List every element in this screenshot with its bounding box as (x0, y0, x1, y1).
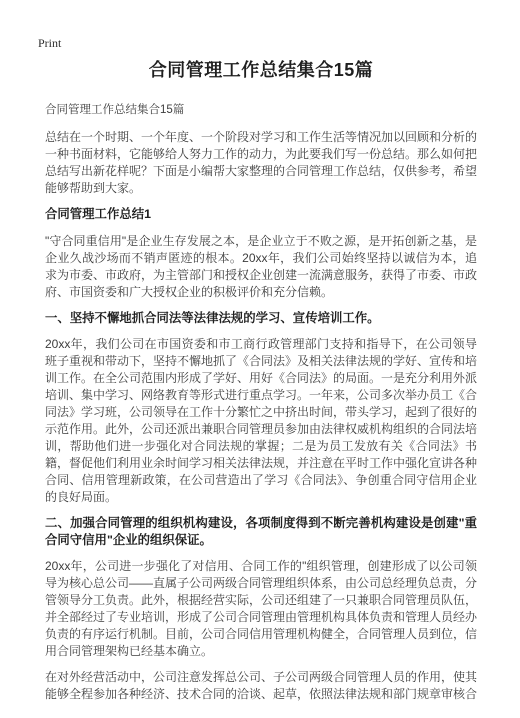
document-body: 合同管理工作总结集合15篇 合同管理工作总结集合15篇 总结在一个时期、一个年度… (45, 59, 477, 712)
page-title: 合同管理工作总结集合15篇 (45, 59, 477, 82)
doc-subtitle: 合同管理工作总结集合15篇 (45, 103, 477, 118)
section-heading-1: 一、坚持不懈地抓合同法等法律法规的学习、宣传培训工作。 (45, 310, 477, 327)
paragraph-overview: "守合同重信用"是企业生存发展之本，是企业立于不败之源，是开拓创新之基，是企业久… (45, 233, 477, 301)
section-heading-2: 二、加强合同管理的组织机构建设，各项制度得到不断完善机构建设是创建"重合同守信用… (45, 515, 477, 548)
article-heading-1: 合同管理工作总结1 (45, 206, 477, 223)
print-button[interactable]: Print (38, 36, 61, 51)
intro-paragraph: 总结在一个时期、一个年度、一个阶段对学习和工作生活等情况加以回顾和分析的一种书面… (45, 129, 477, 197)
paragraph-section-2-continued: 在对外经营活动中，公司注意发挥总公司、子公司两级合同管理人员的作用，使其能够全程… (45, 669, 477, 703)
paragraph-section-2: 20xx年，公司进一步强化了对信用、合同工作的"组织管理，创建形成了以公司领导为… (45, 558, 477, 660)
document-page: { "toolbar": { "print_label": "Print" },… (0, 0, 520, 718)
paragraph-section-1: 20xx年，我们公司在市国资委和市工商行政管理部门支持和指导下，在公司领导班子重… (45, 336, 477, 506)
